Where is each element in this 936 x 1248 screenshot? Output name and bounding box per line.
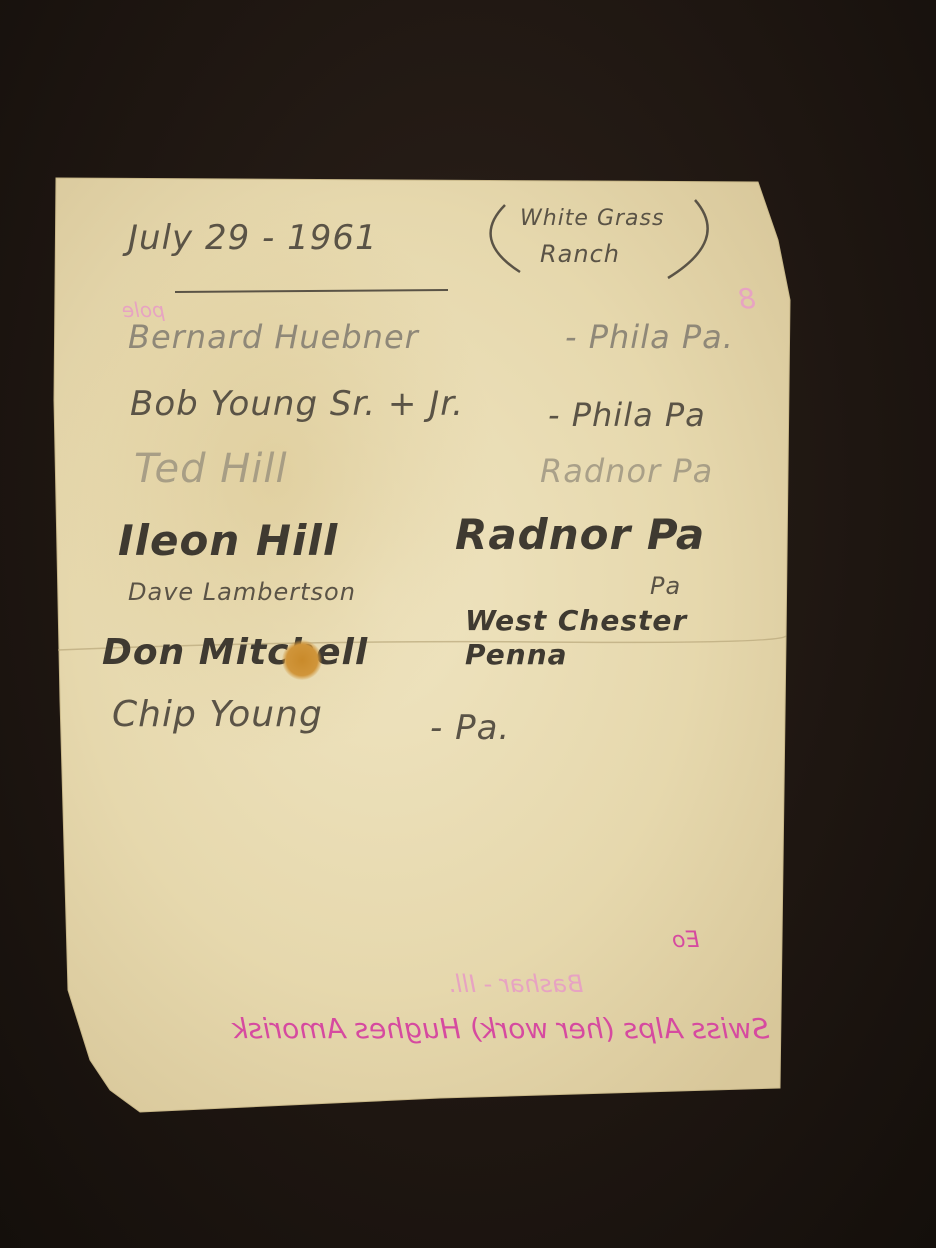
location-line-1: White Grass: [520, 206, 664, 231]
date-header: July 29 - 1961: [128, 218, 378, 258]
bleed-through-margin: 8: [738, 282, 756, 315]
entry-place: - Phila Pa: [548, 396, 706, 434]
entry-place: West Chester Penna: [465, 604, 725, 672]
entry-name: Ted Hill: [134, 446, 288, 492]
entry-place: Pa: [650, 572, 681, 600]
ink-stain: [282, 640, 322, 680]
entry-place: - Pa.: [430, 708, 510, 748]
bleed-through-top: pole: [122, 298, 165, 322]
entry-place: - Phila Pa.: [565, 318, 734, 356]
entry-name: Dave Lambertson: [128, 578, 356, 606]
bleed-through-line: Eo: [672, 928, 699, 953]
entry-name: Ileon Hill: [118, 516, 338, 565]
paper-note: July 29 - 1961 White Grass Ranch Bernard…: [0, 0, 936, 1248]
location-line-2: Ranch: [540, 240, 620, 268]
entry-place: Radnor Pa: [455, 510, 705, 559]
entry-name: Bernard Huebner: [128, 318, 419, 356]
entry-place: Radnor Pa: [540, 452, 713, 490]
bleed-through-line: Swiss Alps (her work) Hughes Amorisk: [232, 1012, 769, 1045]
entry-name: Chip Young: [112, 694, 323, 735]
entry-name: Don Mitchell: [102, 632, 368, 673]
entry-name: Bob Young Sr. + Jr.: [130, 384, 464, 424]
bleed-through-line: Bashar - Ill.: [448, 970, 583, 998]
